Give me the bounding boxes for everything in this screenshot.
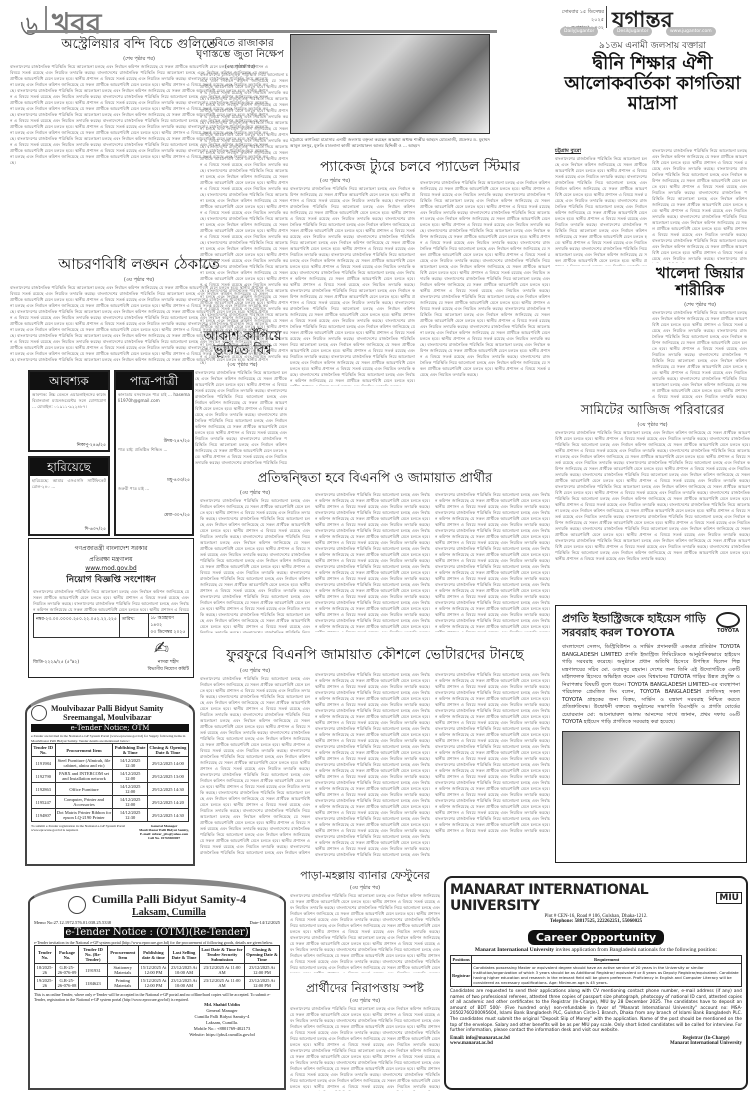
table-cell: 1192863 (32, 783, 56, 796)
org-name: Cumilla Palli Bidyut Samity-4 (92, 892, 246, 907)
brand-name: TOYOTA (716, 628, 740, 634)
headline-madrasa[interactable]: দ্বীনি শিক্ষার ঐশী আলোকবর্তিকা কাগতিয়া … (555, 54, 750, 113)
table-cell: Dot Matrix Printer Ribbon for epson LQ-2… (55, 809, 113, 822)
table-header: Closing & Opening Date & Time (147, 744, 188, 757)
table-cell: 29/12/2025 14:00 (147, 757, 188, 770)
signatory: বিভাগীয় নিয়োগ কমিটি (147, 666, 189, 673)
article-body: বাংলাদেশের রাজনৈতিক পরিস্থিতি নিয়ে আলোচ… (290, 186, 415, 386)
miu-career-advertisement[interactable]: MANARAT INTERNATIONAL UNIVERSITY MIU Plo… (444, 876, 748, 1090)
table-row: 19/2025-26G.R-25-26-076-081184623Printin… (35, 977, 280, 990)
notice-ref-box: নম্বর-২৩.০০.০০০০.২৫০.২২.০৫২.২২.২২৫ তারিখ… (33, 613, 189, 638)
table-cell: 14/12/2025 12:30 (113, 757, 147, 770)
classified-text: আবশ্যক: উচ্চ বেতনে এয়ারলাইনসের কাজে বিম… (30, 390, 108, 442)
notice-title: নিয়োগ বিজ্ঞপ্তি সংশোধন (33, 572, 189, 587)
notice-footer-code: জিডি-২২২৯/২৫ (৫"x২) (33, 659, 79, 673)
table-cell: G.R-25-26-076-09 (55, 964, 79, 977)
table-row: 1194807Dot Matrix Printer Ribbon for eps… (32, 809, 189, 822)
university-name: MANARAT INTERNATIONAL UNIVERSITY (450, 882, 716, 914)
continuation-note: (৩য় পৃষ্ঠার পর) (290, 178, 380, 186)
table-cell: 29/12/2025 14:30 (147, 783, 188, 796)
classified-title: পাত্র-পাত্রী (116, 372, 192, 390)
samity-emblem-icon (31, 705, 47, 721)
continuation-note: (শেষ পৃষ্ঠার পর) (650, 302, 750, 310)
byline: চট্টগ্রাম ব্যুরো (555, 148, 581, 156)
intro-text: invites application from Bangladeshi nat… (554, 947, 717, 953)
article-body: বাংলাদেশের রাজনৈতিক পরিস্থিতি নিয়ে আলোচ… (652, 310, 747, 400)
toyota-logo-icon (716, 612, 740, 628)
table-cell: G.R-25-26-076-08 (55, 977, 79, 990)
headline-code-of-conduct[interactable]: আচরণবিধি লঙ্ঘন ঠেকাতে (10, 256, 268, 273)
table-row: 18/2025-26G.R-25-26-076-091191931Station… (35, 964, 280, 977)
news-photo[interactable] (290, 34, 490, 134)
logo-divider (606, 6, 607, 28)
article-body: বাংলাদেশের রাজনৈতিক পরিস্থিতি নিয়ে আলোচ… (315, 492, 430, 632)
table-row: 1195247Computer, Printer and Accessories… (32, 796, 189, 809)
notice-date-label: তারিখ: (120, 614, 149, 637)
table-header: Package No. (55, 946, 79, 964)
toyota-advertisement[interactable]: প্রগতি ইন্ডাস্ট্রিজকে হাইয়েস গাড়ি সরবর… (555, 605, 747, 863)
classified-code: উদয়-২৪৭/২৫ (116, 438, 192, 445)
article-body: বাংলাদেশের রাজনৈতিক পরিস্থিতি নিয়ে আলোচ… (555, 156, 647, 266)
classified-lost[interactable]: হারিয়েছে হারিয়েছে: আমার এসএসসি সার্টিফ… (28, 456, 110, 536)
org-location: Laksam, Cumilla (92, 907, 246, 918)
cumilla-tender-notice[interactable]: Cumilla Palli Bidyut Samity-4 Laksam, Cu… (28, 878, 286, 1090)
classified-code: দি-৬৩৭/২৫ (30, 526, 108, 533)
notice-date: ১৮ অগ্রহায়ণ ১৪৩২ (150, 615, 187, 629)
facebook-handle[interactable]: DesikJugantor (613, 27, 652, 36)
moulvibazar-tender-notice[interactable]: Moulvibazar Palli Bidyut Samity Sreemang… (25, 688, 195, 866)
classified-code: মধু-৪৩৩/২৫ (116, 477, 192, 484)
headline-samit[interactable]: সামিটের আজিজ পরিবারের (555, 404, 750, 418)
memo-number: Memo No:27.12.1972.576.01.038.25.5338 (34, 920, 111, 925)
headline-security[interactable]: প্রার্থীদের নিরাপত্তায় স্পষ্ট (290, 982, 440, 995)
table-cell: 1191984 (32, 757, 56, 770)
classified-wanted[interactable]: আবশ্যক আবশ্যক: উচ্চ বেতনে এয়ারলাইনসের ক… (28, 370, 110, 452)
table-cell: Office Furniture (55, 783, 113, 796)
continuation-note: (৩য় পৃষ্ঠার পর) (195, 64, 285, 72)
ad-body: Candidates are requested to send their a… (450, 989, 742, 1034)
article-body: বাংলাদেশের রাজনৈতিক পরিস্থিতি নিয়ে আলোচ… (420, 180, 550, 385)
table-cell: 14/12/2025 12:00 (113, 796, 147, 809)
kicker: ৯১তম এনামী জলসায় বক্তারা (555, 42, 750, 52)
masthead-rule (27, 30, 497, 33)
samity-emblem-icon (68, 896, 86, 914)
classified-text: হারিয়েছে: আমার এসএসসি সার্টিফিকেট রোল-২… (30, 476, 108, 526)
notice-line: গণপ্রজাতন্ত্রী বাংলাদেশ সরকার (33, 543, 189, 554)
org-name: Moulvibazar Palli Bidyut Samity (51, 704, 164, 713)
table-row: 1192863Office Furniture14/12/2025 12:002… (32, 783, 189, 796)
career-title: Career Opportunity (528, 930, 664, 945)
table-header: Procurement Item (107, 946, 138, 964)
table-cell: 15/12/2025 At 12:00 PM (138, 964, 168, 977)
miu-logo-icon: MIU (716, 892, 742, 904)
tender-footer: This is an online Tender, where only e-T… (34, 992, 280, 1002)
table-cell: 23/12/2025 At 11:00 AM (200, 977, 245, 990)
table-cell: PABX and INTERCOM set and Installation n… (55, 770, 113, 783)
article-body: বাংলাদেশের রাজনৈতিক পরিস্থিতি নিয়ে আলোচ… (435, 492, 550, 632)
notice-body: বাংলাদেশের রাজনৈতিক পরিস্থিতি নিয়ে আলোচ… (33, 589, 189, 611)
position-table: PositionsRequirement RegistrarCandidates… (450, 955, 742, 987)
article-body: বাংলাদেশের রাজনৈতিক পরিস্থিতি নিয়ে আলোচ… (315, 672, 430, 857)
notice-ref: নম্বর-২৩.০০.০০০০.২৫০.২২.০৫২.২২.২২৫ (34, 614, 120, 637)
classified-text: পাত্র চাই: প্রতিষ্ঠিত শিক্ষিত ... (116, 445, 192, 477)
table-header: Closing & Opening Date & Time (245, 946, 280, 964)
continuation-note: (৩য় পৃষ্ঠার পর) (200, 490, 310, 498)
table-cell: 23/12/2025 At 11:00 AM (200, 964, 245, 977)
headline-furfura[interactable]: ফুরফুরে বিএনপি জামায়াত কৌশলে ভোটারদের ট… (200, 648, 550, 663)
table-cell: 1194807 (32, 809, 56, 822)
table-cell: 29/12/2025 13:00 (147, 770, 188, 783)
article-body: বাংলাদেশের রাজনৈতিক পরিস্থিতি নিয়ে আলোচ… (555, 430, 750, 600)
table-cell: 1195247 (32, 796, 56, 809)
continuation-note: (৩য় পৃষ্ঠার পর) (555, 422, 750, 430)
table-cell: 29/12/2025 14:30 (147, 809, 188, 822)
table-cell: 1184623 (79, 977, 107, 990)
tender-intro: e-Tender are invited in the National e-G… (31, 734, 189, 743)
article-body: বাংলাদেশের রাজনৈতিক পরিস্থিতি নিয়ে আলোচ… (652, 148, 747, 263)
govt-recruitment-notice[interactable]: গণপ্রজাতন্ত্রী বাংলাদেশ সরকার প্রতিরক্ষা… (28, 538, 194, 678)
article-body: বাংলাদেশের রাজনৈতিক পরিস্থিতি নিয়ে আলোচ… (195, 370, 287, 466)
headline-competition[interactable]: প্রতিদ্বন্দ্বিতা হবে বিএনপি ও জামায়াত প… (200, 472, 550, 486)
table-cell: 14/12/2025 12:00 (113, 783, 147, 796)
table-cell: 23/12/2025 At 12:00 PM (245, 964, 280, 977)
photo-caption: চট্টগ্রামে কাগতিয়া মাদ্রাসার এনামী জলসা… (290, 137, 490, 157)
table-row: 1192790PABX and INTERCOM set and Install… (32, 770, 189, 783)
table-header: Positions (451, 956, 472, 964)
date-gregorian: সোমবার ১৫ ডিসেম্বর ২০২৫ (548, 8, 604, 24)
article-body: বাংলাদেশের রাজনৈতিক পরিস্থিতি নিয়ে আলোচ… (200, 676, 310, 856)
classified-code: নিকাপু-২৪৬/২৫ (30, 442, 108, 449)
tender-title: e-Tender Notice; OTM (31, 724, 189, 732)
signatory: Cell No. 01769400007 (139, 836, 189, 840)
tender-table: Tender No.Package No.Tender ID No. (Re-T… (34, 945, 280, 990)
signatory: নাসরা শহীদ (147, 659, 189, 666)
memo-date: Date-14/12/2025 (250, 920, 281, 925)
table-header: Tender No. (35, 946, 56, 964)
table-cell: Stationery Materials (107, 964, 138, 977)
ad-headline: প্রগতি ইন্ডাস্ট্রিজকে হাইয়েস গাড়ি সরবর… (562, 612, 712, 640)
continuation-note: (৩য় পৃষ্ঠার পর) (200, 668, 310, 676)
table-cell: Candidates possessing Master or equivale… (472, 964, 742, 987)
article-body: বাংলাদেশের রাজনৈতিক পরিস্থিতি নিয়ে আলোচ… (290, 1006, 440, 1091)
table-cell: 29/12/2025 14:20 (147, 796, 188, 809)
university-phone: Telephone: 58817525, 222262251, 55060025 (450, 919, 742, 924)
ad-body: বাংলাদেশে সেলস, ডিস্ট্রিবিউশন ও সার্ভিস … (562, 644, 740, 727)
continuation-note: (৩য় পৃষ্ঠার পর) (290, 998, 440, 1006)
tender-footer: To submit e-Tender registration in the N… (31, 824, 126, 840)
classified-title: হারিয়েছে (30, 458, 108, 476)
classified-title: আবশ্যক (30, 372, 108, 390)
article-body: বাংলাদেশের রাজনৈতিক পরিস্থিতি নিয়ে আলোচ… (290, 893, 440, 973)
classified-code: মেধা-৩০৭/২৫ (116, 512, 192, 519)
headline-sky[interactable]: আকাশ কাঁপিয়ে ভূমিতে বিশ্ব (195, 330, 290, 359)
signatory: Manarat International University (670, 1041, 742, 1046)
table-cell: Computer, Printer and Accessories (55, 796, 113, 809)
tender-table: Tender ID No.Procurement ItemPublishing … (31, 743, 189, 822)
classified-text: জরুরী পাত্র চাই ... (116, 484, 192, 512)
article-body: বাংলাদেশের রাজনৈতিক পরিস্থিতি নিয়ে আলোচ… (200, 498, 310, 633)
table-header: Tender ID No. (Re-Tender) (79, 946, 107, 964)
intro-bold: Manarat International University (475, 947, 554, 953)
table-header: Publishing Date & Time (113, 744, 147, 757)
continuation-note: (৩য় পৃষ্ঠার পর) (290, 885, 440, 893)
notice-date: ০৩ ডিসেম্বর ২০২৫ (150, 629, 187, 636)
masthead-divider (45, 6, 47, 32)
table-row: RegistrarCandidates possessing Master or… (451, 964, 742, 987)
notice-line: প্রতিরক্ষা মন্ত্রণালয় (33, 554, 189, 565)
table-cell: 14/12/2025 12:30 (113, 809, 147, 822)
table-cell: 18/2025-26 (35, 964, 56, 977)
tender-title: e-Tender Notice : (OTM)(Re-Tender) (64, 927, 250, 938)
table-cell: 1191931 (79, 964, 107, 977)
headline-banner[interactable]: পাড়া-মহল্লায় ব্যানার ফেস্টুনের (290, 870, 440, 882)
table-cell: 23/12/2025 At 10:00 AM (168, 964, 199, 977)
headline-khaleda[interactable]: খালেদা জিয়ার শারীরিক (650, 265, 750, 298)
toyota-vans-photo (562, 731, 740, 785)
table-header: Requirement (472, 956, 742, 964)
signature-icon: ✍ (33, 638, 189, 659)
table-cell: Printing Materials (107, 977, 138, 990)
table-cell: 23/12/2025 At 12:00 PM (245, 977, 280, 990)
continuation-note: (৩য় পৃষ্ঠার পর) (10, 277, 268, 285)
headline-dhaka-university[interactable]: ঢাবিতে রাজাকার ঘৃণাস্তম্ভে জুতা নিক্ষেপ (195, 38, 285, 60)
table-cell: 15/12/2025 At 12:00 PM (138, 977, 168, 990)
table-cell: 23/12/2025 At 10:00 AM (168, 977, 199, 990)
org-location: Sreemangal, Moulvibazar (51, 713, 164, 722)
continuation-note: (৩য় পৃষ্ঠার পর) (195, 362, 290, 370)
headline-steamer[interactable]: প্যাকেজ ট্যুরে চলবে প্যাডেল স্টিমার (290, 160, 550, 175)
tender-intro: e-Tender invitation in the National e-GP… (34, 940, 280, 945)
contact-website[interactable]: www.manarat.ac.bd (450, 1041, 510, 1046)
table-cell: Steel Furniture (Almirah, file cabinet, … (55, 757, 113, 770)
table-header: Procurement Item (55, 744, 113, 757)
table-cell: 14/12/2025 12:00 (113, 770, 147, 783)
classified-matrimony[interactable]: পাত্র-পাত্রী কানাডায় বসবাসরত পাত্র চাই … (114, 370, 194, 536)
table-row: 1191984Steel Furniture (Almirah, file ca… (32, 757, 189, 770)
table-cell: 19/2025-26 (35, 977, 56, 990)
table-cell: 1192790 (32, 770, 56, 783)
signatory: Website: https://pbs4.cumilla.gov.bd (164, 1032, 280, 1038)
table-cell: Registrar (451, 964, 472, 987)
table-header: Publishing date & time (138, 946, 168, 964)
table-header: Last Date & Time for Tender Security Sub… (200, 946, 245, 964)
table-header: Tender ID No. (32, 744, 56, 757)
classified-text: কানাডায় বসবাসরত পাত্র চাই ... hasemali1… (116, 390, 192, 438)
twitter-handle[interactable]: DailyJugantor (560, 27, 598, 36)
website-link[interactable]: www.jugantor.com (666, 27, 716, 36)
notice-url[interactable]: www.mod.gov.bd (33, 565, 189, 572)
article-body: বাংলাদেশের রাজনৈতিক পরিস্থিতি নিয়ে আলোচ… (435, 672, 550, 832)
table-header: Last Selling Date & Time (168, 946, 199, 964)
